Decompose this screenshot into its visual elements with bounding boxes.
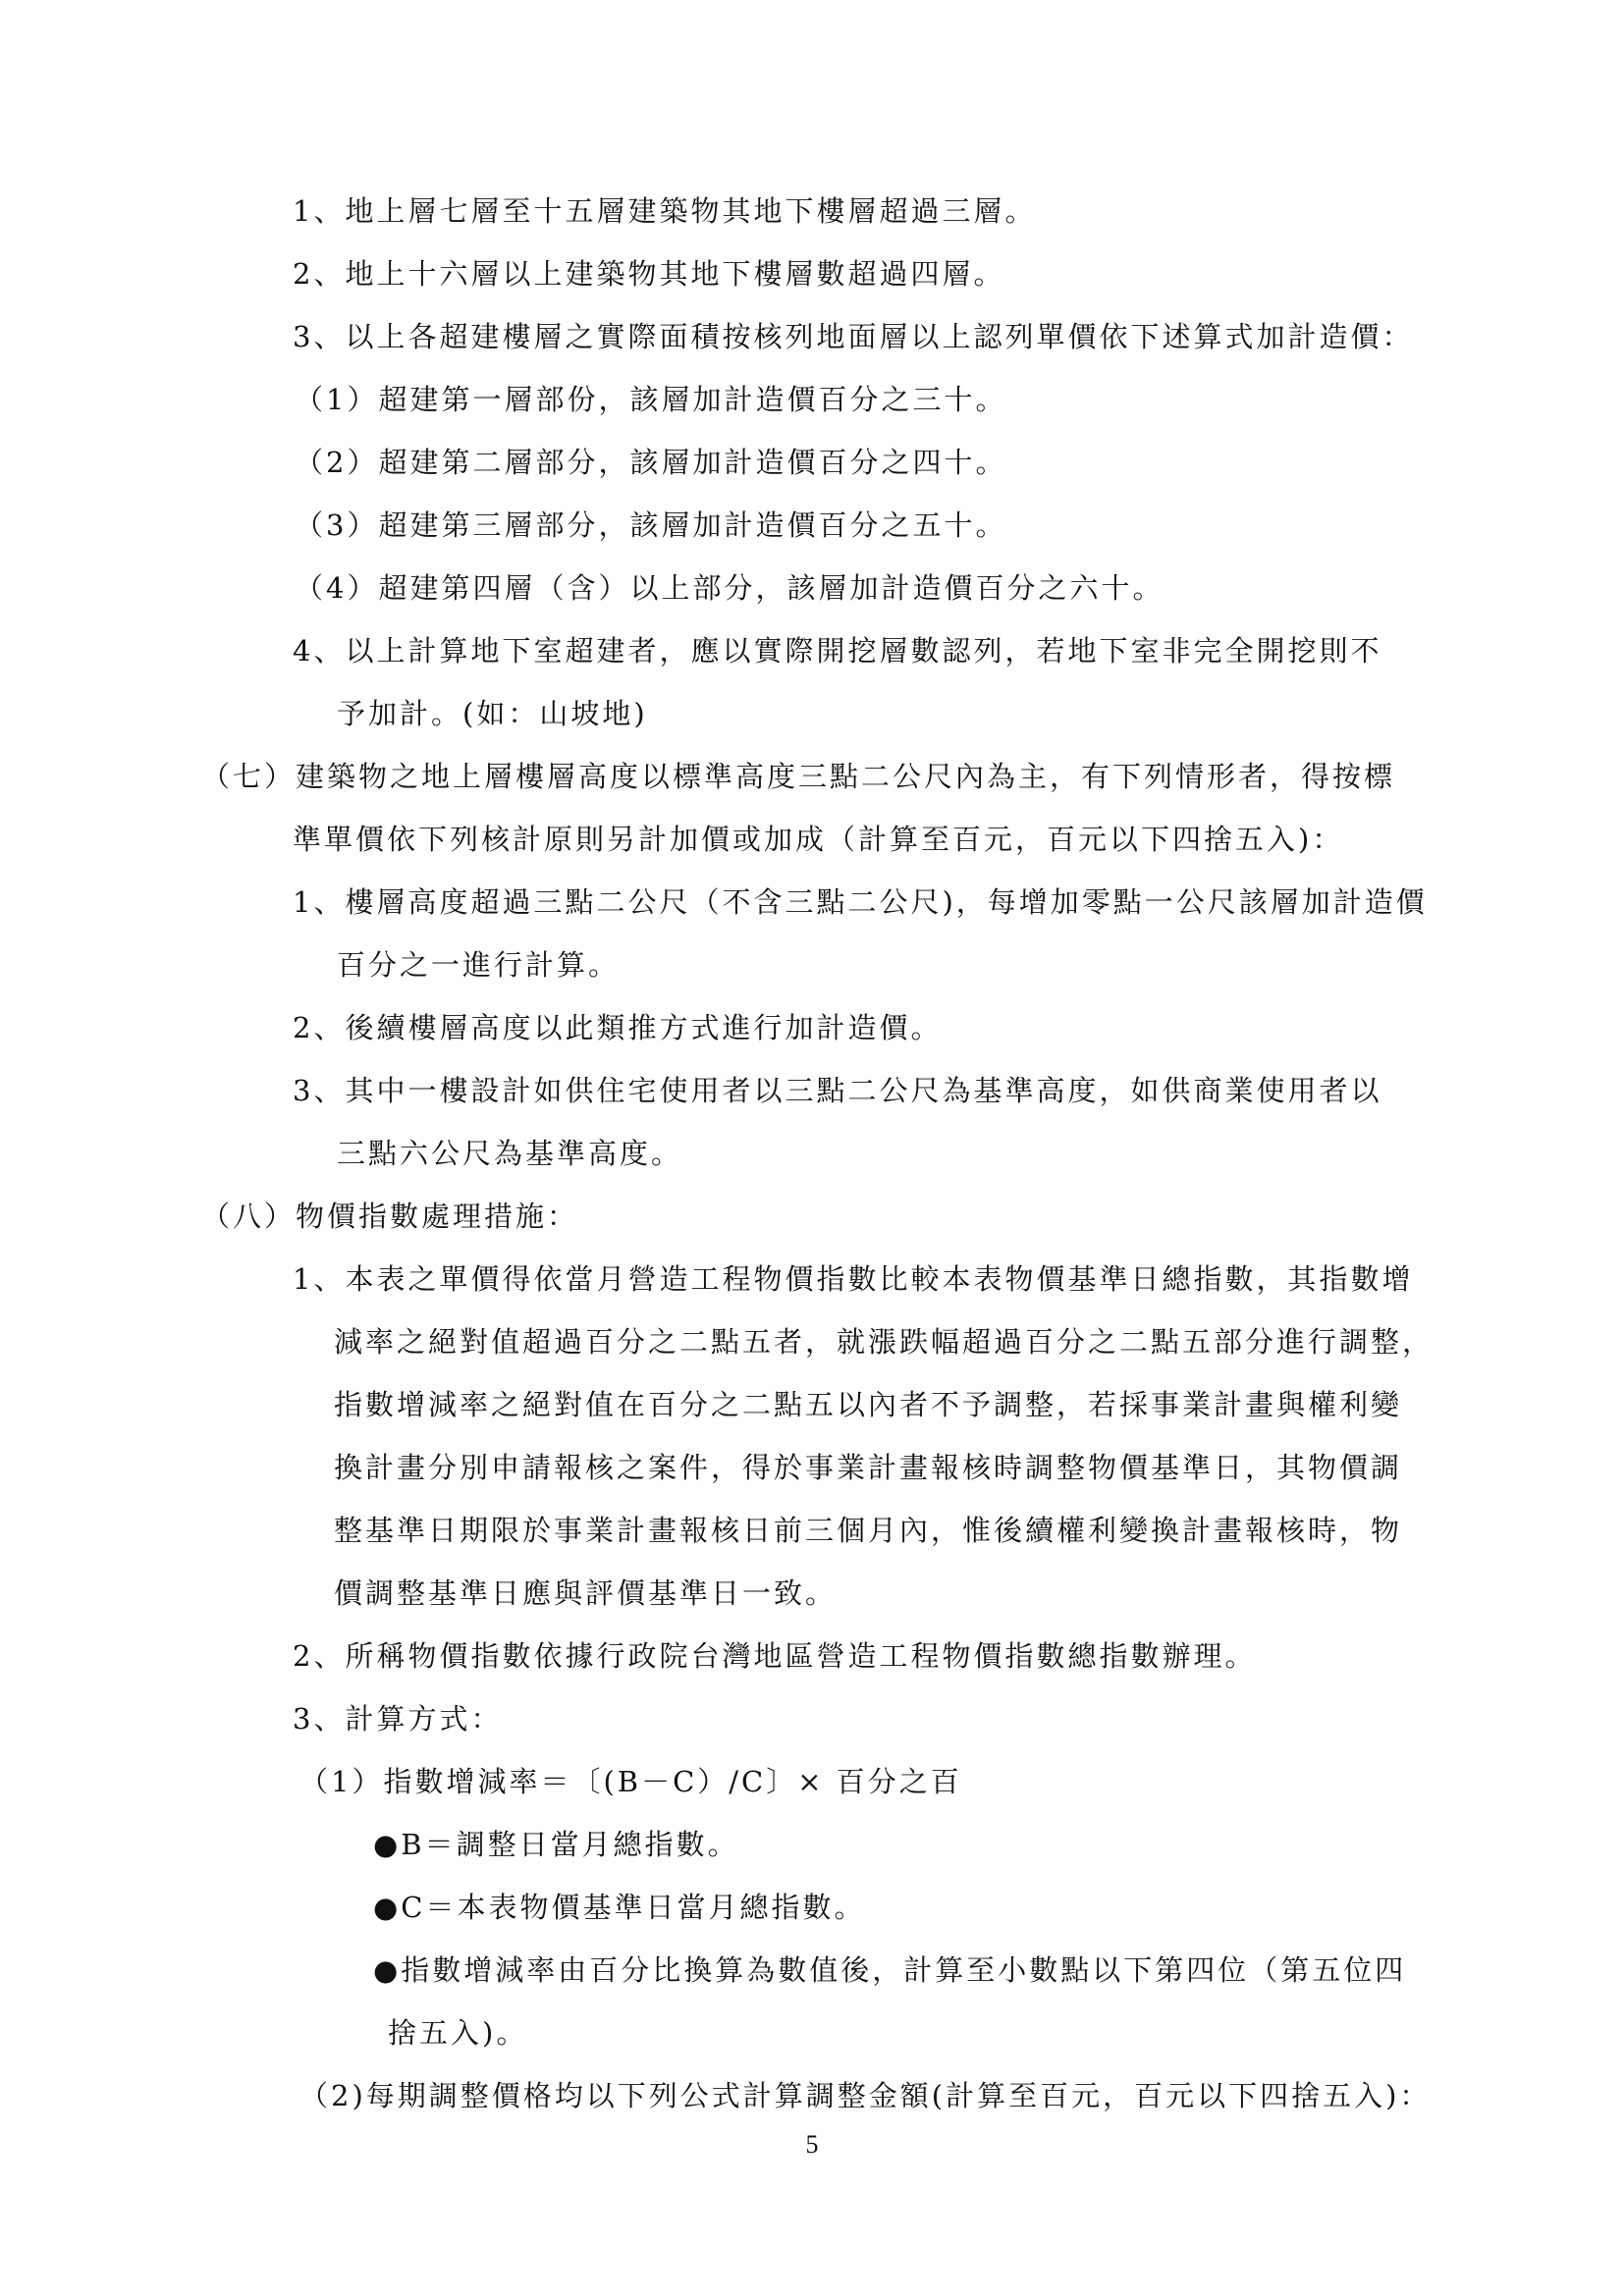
text-line: 1、樓層高度超過三點二公尺（不含三點二公尺)，每增加零點一公尺該層加計造價 (293, 882, 1428, 922)
formula-line: （1）指數增減率＝〔(B－C）/C〕× 百分之百 (299, 1762, 962, 1801)
text-line: （1）超建第一層部份，該層加計造價百分之三十。 (295, 380, 1006, 419)
text-line: 百分之一進行計算。 (337, 945, 620, 985)
text-line: 捨五入)。 (388, 2013, 527, 2053)
text-line: 3、以上各超建樓層之實際面積按核列地面層以上認列單價依下述算式加計造價： (293, 317, 1413, 356)
section-heading-7: （七）建築物之地上層樓層高度以標準高度三點二公尺內為主，有下列情形者，得按標 (201, 757, 1395, 796)
text-line: 準單價依下列核計原則另計加價或加成（計算至百元，百元以下四捨五入)： (293, 820, 1343, 859)
bullet-item: ●C＝本表物價基準日當月總指數。 (373, 1888, 866, 1927)
text-line: 予加計。(如：山坡地) (337, 694, 648, 733)
text-line: 整基準日期限於事業計畫報核日前三個月內，惟後續權利變換計畫報核時，物 (334, 1511, 1402, 1550)
text-line: （2）超建第二層部分，該層加計造價百分之四十。 (295, 443, 1006, 482)
text-line: 3、其中一樓設計如供住宅使用者以三點二公尺為基準高度，如供商業使用者以 (293, 1071, 1381, 1110)
bullet-item: ●B＝調整日當月總指數。 (373, 1825, 739, 1864)
text-line: 2、地上十六層以上建築物其地下樓層數超過四層。 (293, 254, 1004, 294)
text-line: （3）超建第三層部分，該層加計造價百分之五十。 (295, 506, 1006, 545)
text-line: 4、以上計算地下室超建者，應以實際開挖層數認列，若地下室非完全開挖則不 (293, 631, 1381, 670)
text-line: （4）超建第四層（含）以上部分，該層加計造價百分之六十。 (295, 568, 1164, 608)
text-line: 3、計算方式： (293, 1699, 502, 1738)
text-line: 價調整基準日應與評價基準日一致。 (334, 1574, 837, 1613)
text-line: 三點六公尺為基準高度。 (337, 1134, 682, 1173)
text-line: 2、後續樓層高度以此類推方式進行加計造價。 (293, 1008, 942, 1047)
text-line: 換計畫分別申請報核之案件，得於事業計畫報核時調整物價基準日，其物價調 (334, 1448, 1402, 1487)
text-line: 2、所稱物價指數依據行政院台灣地區營造工程物價指數總指數辦理。 (293, 1636, 1256, 1676)
section-heading-8: （八）物價指數處理措施： (201, 1197, 578, 1236)
text-line: 1、地上層七層至十五層建築物其地下樓層超過三層。 (293, 191, 1036, 231)
text-line: （2)每期調整價格均以下列公式計算調整金額(計算至百元，百元以下四捨五入)： (299, 2076, 1431, 2115)
text-line: 減率之絕對值超過百分之二點五者，就漲跌幅超過百分之二點五部分進行調整， (334, 1322, 1434, 1362)
bullet-item: ●指數增減率由百分比換算為數值後，計算至小數點以下第四位（第五位四 (373, 1950, 1406, 1990)
text-line: 指數增減率之絕對值在百分之二點五以內者不予調整，若採事業計畫與權利變 (334, 1385, 1402, 1424)
document-page: 1、地上層七層至十五層建築物其地下樓層超過三層。 2、地上十六層以上建築物其地下… (0, 0, 1624, 2296)
page-number: 5 (0, 2130, 1624, 2160)
text-line: 1、本表之單價得依當月營造工程物價指數比較本表物價基準日總指數，其指數增 (293, 1259, 1413, 1299)
